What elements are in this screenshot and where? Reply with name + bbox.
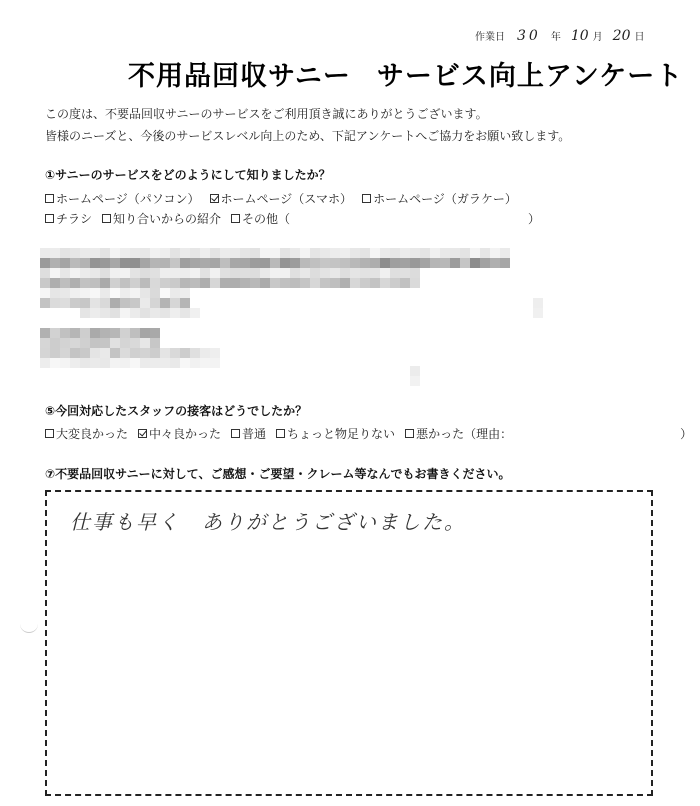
question-7-heading: ⑦不要品回収サニーに対して、ご感想・ご要望・クレーム等なんでもお書きください。 <box>45 465 510 482</box>
checkbox[interactable] <box>45 194 54 203</box>
checkbox[interactable] <box>210 194 219 203</box>
intro-line-1: この度は、不要品回収サニーのサービスをご利用頂き誠にありがとうございます。 <box>45 105 488 122</box>
q5-option-bad[interactable]: 悪かった（理由：） <box>405 425 692 442</box>
question-1-options-row-1: ホームページ（パソコン） ホームページ（スマホ） ホームページ（ガラケー） <box>45 190 527 207</box>
page-title: 不用品回収サニーサービス向上アンケート <box>128 54 683 93</box>
option-label: 普通 <box>242 425 266 442</box>
paren-close: ） <box>680 425 692 442</box>
handwritten-comment: 仕事も早く ありがとうございました。 <box>70 506 466 535</box>
checkbox[interactable] <box>231 429 240 438</box>
question-5-options: 大変良かった 中々良かった 普通 ちょっと物足りない 悪かった（理由：） <box>45 425 700 442</box>
checkbox[interactable] <box>102 214 111 223</box>
option-label: 中々良かった <box>149 425 221 442</box>
year-unit: 年 <box>551 28 561 43</box>
checkbox[interactable] <box>362 194 371 203</box>
q5-option-very-good[interactable]: 大変良かった <box>45 425 128 442</box>
q1-option-flyer[interactable]: チラシ <box>45 210 92 227</box>
option-label: その他（ <box>242 210 290 227</box>
checkbox[interactable] <box>231 214 240 223</box>
work-date-year: 30 <box>517 28 541 44</box>
stray-pencil-mark <box>20 620 38 633</box>
title-survey: サービス向上アンケート <box>377 61 683 92</box>
work-date-month: 10 <box>571 28 589 44</box>
q1-option-other[interactable]: その他（） <box>231 210 540 227</box>
redacted-mosaic <box>40 248 580 388</box>
comment-box[interactable] <box>45 490 653 796</box>
option-label: ホームページ（パソコン） <box>56 190 200 207</box>
option-label: 知り合いからの紹介 <box>113 210 221 227</box>
checkbox[interactable] <box>276 429 285 438</box>
work-date: 作業日 30 年 10 月 20 日 <box>475 28 648 44</box>
question-1-options-row-2: チラシ 知り合いからの紹介 その他（） <box>45 210 550 227</box>
option-label: 大変良かった <box>56 425 128 442</box>
q1-option-feature-phone[interactable]: ホームページ（ガラケー） <box>362 190 517 207</box>
work-date-day: 20 <box>613 28 631 44</box>
q5-option-average[interactable]: 普通 <box>231 425 266 442</box>
q1-option-pc[interactable]: ホームページ（パソコン） <box>45 190 200 207</box>
checkbox[interactable] <box>138 429 147 438</box>
option-label: チラシ <box>56 210 92 227</box>
option-label: 悪かった（理由： <box>416 425 512 442</box>
q1-option-referral[interactable]: 知り合いからの紹介 <box>102 210 221 227</box>
q5-option-good[interactable]: 中々良かった <box>138 425 221 442</box>
question-1-heading: ①サニーのサービスをどのようにして知りましたか？ <box>45 166 331 183</box>
intro-line-2: 皆様のニーズと、今後のサービスレベル向上のため、下記アンケートへご協力をお願い致… <box>45 127 570 144</box>
option-label: ホームページ（ガラケー） <box>373 190 517 207</box>
option-label: ちょっと物足りない <box>287 425 395 442</box>
option-label: ホームページ（スマホ） <box>221 190 353 207</box>
paren-close: ） <box>528 210 540 227</box>
title-company: 不用品回収サニー <box>128 61 351 92</box>
question-5-heading: ⑤今回対応したスタッフの接客はどうでしたか？ <box>45 402 307 419</box>
checkbox[interactable] <box>405 429 414 438</box>
checkbox[interactable] <box>45 429 54 438</box>
q1-option-smartphone[interactable]: ホームページ（スマホ） <box>210 190 353 207</box>
checkbox[interactable] <box>45 214 54 223</box>
day-unit: 日 <box>634 28 644 43</box>
work-date-label: 作業日 <box>475 28 505 43</box>
month-unit: 月 <box>593 28 603 43</box>
q5-option-lacking[interactable]: ちょっと物足りない <box>276 425 395 442</box>
